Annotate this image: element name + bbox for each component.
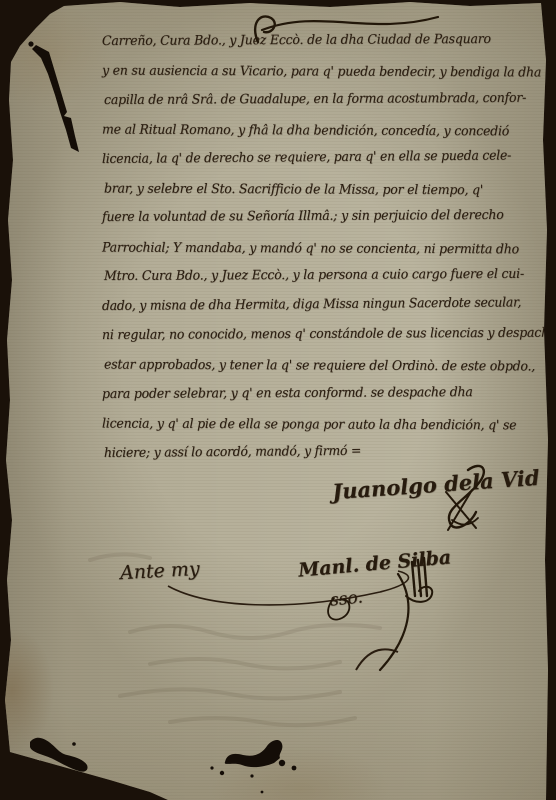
manuscript-line: fuere la voluntad de su Señoría Illmâ.; … xyxy=(102,201,530,233)
pen-stroke-curve xyxy=(356,649,398,670)
manuscript-line: capilla de nrâ Srâ. de Guadalupe, en la … xyxy=(104,84,530,116)
manuscript-text: Carreño, Cura Bdo., y Juez Eccò. de la d… xyxy=(102,27,548,468)
ink-blot-bottom-left xyxy=(28,738,87,772)
ink-blot-bottom-center xyxy=(210,740,296,793)
manuscript-line: hiciere; y assí lo acordó, mandó, y firm… xyxy=(104,435,526,468)
manuscript-line: Mtro. Cura Bdo., y Juez Eccò., y la pers… xyxy=(104,260,530,292)
signature-notary: Manl. de Silba xyxy=(297,546,452,581)
manuscript-page: Carreño, Cura Bdo., y Juez Eccò. de la d… xyxy=(0,0,556,800)
paper-chip xyxy=(12,755,50,791)
manuscript-line: ni regular, no conocido, menos q' constá… xyxy=(102,319,530,351)
signature-principal: Juanolgo dela Vid xyxy=(331,465,540,504)
photograph-background: Carreño, Cura Bdo., y Juez Eccò. de la d… xyxy=(0,0,556,800)
signature-notary-title: sso. xyxy=(329,587,364,610)
manuscript-line: Carreño, Cura Bdo., y Juez Eccò. de la d… xyxy=(102,25,530,57)
manuscript-line: dado, y misna de dha Hermita, diga Missa… xyxy=(102,288,526,321)
signature-attestation: Ante my xyxy=(119,558,200,584)
manuscript-line: para poder selebrar, y q' en esta confor… xyxy=(102,378,530,410)
manuscript-line: licencia, la q' de derecho se requiere, … xyxy=(102,141,526,174)
attestation-swash xyxy=(168,571,408,605)
ink-drip-left-margin xyxy=(28,41,79,152)
